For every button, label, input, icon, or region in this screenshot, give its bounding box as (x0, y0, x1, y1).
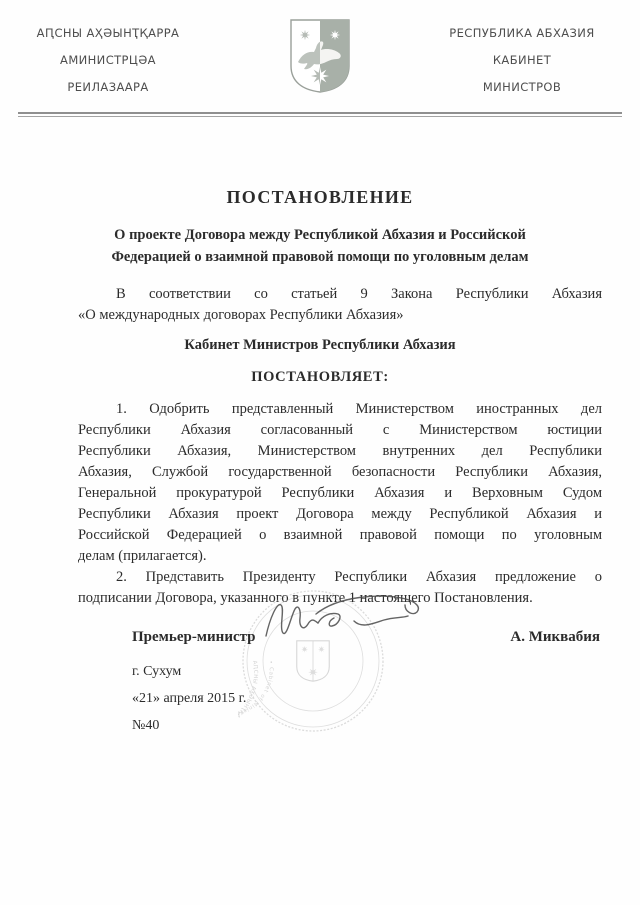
text-line: О проекте Договора между Республикой Абх… (0, 224, 640, 246)
text-line: «О международных договорах Республики Аб… (78, 305, 602, 326)
signer-title: Премьер-министр (132, 629, 256, 646)
org-name-abkhaz: АԤСНЫ АҲӘЫНҬҚАРРААМИНИСТРЦӘАРЕИЛАЗААРА (2, 20, 214, 101)
issue-place: г. Сухум (132, 658, 640, 685)
text-line: АԤСНЫ АҲӘЫНҬҚАРРА (2, 20, 214, 47)
text-line: МИНИСТРОВ (414, 74, 630, 101)
text-line: Республики Абхазия проект Договора между… (78, 504, 602, 525)
text-line: Федерацией о взаимной правовой помощи по… (0, 246, 640, 268)
document-subject: О проекте Договора между Республикой Абх… (0, 224, 640, 268)
text-line: Республики Абхазия, Министерством внутре… (78, 441, 602, 462)
text-line: Российской Федерацией о взаимной правово… (78, 525, 602, 546)
text-line: РЕСПУБЛИКА АБХАЗИЯ (414, 20, 630, 47)
issue-number: №40 (132, 712, 640, 739)
letterhead: АԤСНЫ АҲӘЫНҬҚАРРААМИНИСТРЦӘАРЕИЛАЗААРА (0, 0, 640, 112)
document-type-title: ПОСТАНОВЛЕНИЕ (0, 187, 640, 208)
text-line: Генеральной прокуратурой Республики Абха… (78, 483, 602, 504)
org-name-russian: РЕСПУБЛИКА АБХАЗИЯКАБИНЕТМИНИСТРОВ (414, 20, 630, 101)
letterhead-double-rule (18, 112, 622, 117)
preamble-paragraph: В соответствии со статьей 9 Закона Респу… (78, 284, 602, 326)
decree-document-page: АԤСНЫ АҲӘЫНҬҚАРРААМИНИСТРЦӘАРЕИЛАЗААРА (0, 0, 640, 905)
text-line: РЕИЛАЗААРА (2, 74, 214, 101)
issuance-details: г. Сухум «21» апреля 2015 г. №40 (132, 658, 640, 739)
text-line: В соответствии со статьей 9 Закона Респу… (78, 284, 602, 305)
text-line: 1. Одобрить представленный Министерством… (78, 399, 602, 420)
text-line: 2. Представить Президенту Республики Абх… (78, 567, 602, 588)
handwritten-signature (258, 590, 443, 648)
signer-name: А. Миквабия (510, 629, 600, 646)
text-line: КАБИНЕТ (414, 47, 630, 74)
abkhazia-coat-of-arms-icon (288, 18, 352, 99)
issuing-authority: Кабинет Министров Республики Абхазия (0, 337, 640, 354)
text-line: делам (прилагается). (78, 546, 602, 567)
issue-date: «21» апреля 2015 г. (132, 685, 640, 712)
text-line: Республики Абхазия согласованный с Минис… (78, 420, 602, 441)
clause-1: 1. Одобрить представленный Министерством… (78, 399, 602, 567)
resolution-word: ПОСТАНОВЛЯЕТ: (0, 369, 640, 386)
text-line: Абхазия, Службой государственной безопас… (78, 462, 602, 483)
text-line: АМИНИСТРЦӘА (2, 47, 214, 74)
